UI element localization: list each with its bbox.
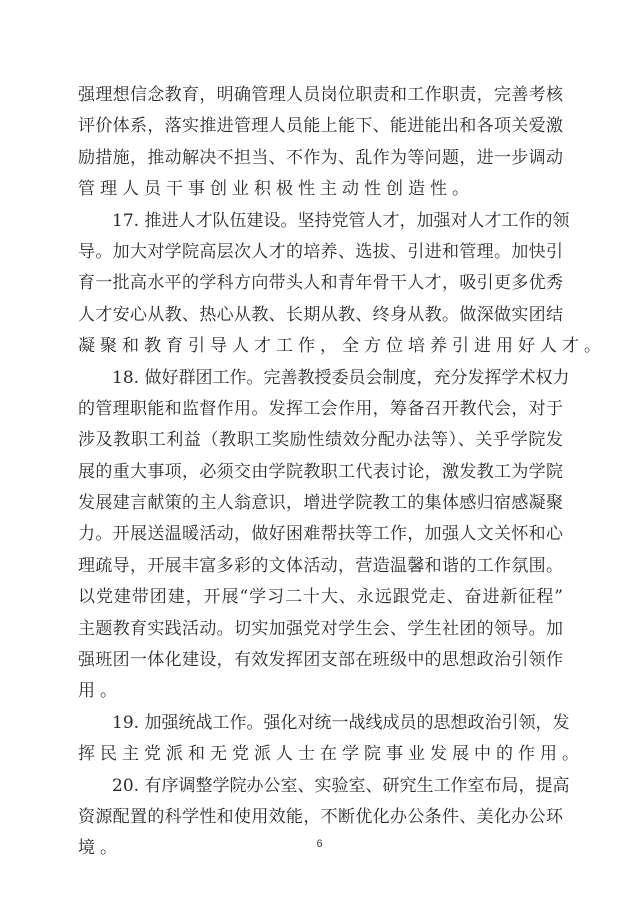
text-line: 强理想信念教育，明确管理人员岗位职责和工作职责，完善考核: [78, 80, 563, 111]
text-line: 评价体系，落实推进管理人员能上能下、能进能出和各项关爱激: [78, 111, 563, 142]
text-line: 主题教育实践活动。切实加强党对学生会、学生社团的领导。加: [78, 614, 563, 645]
document-page: 强理想信念教育，明确管理人员岗位职责和工作职责，完善考核 评价体系，落实推进管理…: [0, 0, 639, 905]
paragraph-16-continuation: 强理想信念教育，明确管理人员岗位职责和工作职责，完善考核 评价体系，落实推进管理…: [78, 80, 563, 206]
text-line: 18. 做好群团工作。完善教授委员会制度，充分发挥学术权力: [78, 363, 563, 394]
text-line: 17. 推进人才队伍建设。坚持党管人才，加强对人才工作的领: [78, 206, 563, 237]
text-line: 育一批高水平的学科方向带头人和青年骨干人才，吸引更多优秀: [78, 268, 563, 299]
document-body: 强理想信念教育，明确管理人员岗位职责和工作职责，完善考核 评价体系，落实推进管理…: [78, 80, 563, 865]
text-line: 励措施，推动解决不担当、不作为、乱作为等问题，进一步调动: [78, 143, 563, 174]
text-line: 资源配置的科学性和使用效能，不断优化办公条件、美化办公环: [78, 802, 563, 833]
text-line: 人才安心从教、热心从教、长期从教、终身从教。做深做实团结: [78, 300, 563, 331]
text-line: 力。开展送温暖活动，做好困难帮扶等工作，加强人文关怀和心: [78, 519, 563, 550]
text-line: 管理人员干事创业积极性主动性创造性。: [78, 174, 563, 205]
text-line: 19. 加强统战工作。强化对统一战线成员的思想政治引领，发: [78, 708, 563, 739]
paragraph-19-united-front: 19. 加强统战工作。强化对统一战线成员的思想政治引领，发 挥民主党派和无党派人…: [78, 708, 563, 771]
text-line: 理疏导，开展丰富多彩的文体活动，营造温馨和谐的工作氛围。: [78, 551, 563, 582]
text-line: 挥民主党派和无党派人士在学院事业发展中的作用。: [78, 739, 563, 770]
text-line: 20. 有序调整学院办公室、实验室、研究生工作室布局，提高: [78, 771, 563, 802]
text-line: 发展建言献策的主人翁意识，增进学院教工的集体感归宿感凝聚: [78, 488, 563, 519]
paragraph-20-office-layout: 20. 有序调整学院办公室、实验室、研究生工作室布局，提高 资源配置的科学性和使…: [78, 771, 563, 865]
text-line: 以党建带团建，开展“学习二十大、永远跟党走、奋进新征程”: [78, 582, 563, 613]
text-line: 强班团一体化建设，有效发挥团支部在班级中的思想政治引领作: [78, 645, 563, 676]
text-line: 的管理职能和监督作用。发挥工会作用，筹备召开教代会，对于: [78, 394, 563, 425]
page-number: 6: [0, 838, 639, 850]
text-line: 凝聚和教育引导人才工作，全方位培养引进用好人才。: [78, 331, 563, 362]
text-line: 涉及教职工利益（教职工奖励性绩效分配办法等）、关乎学院发: [78, 425, 563, 456]
paragraph-17-talent-team: 17. 推进人才队伍建设。坚持党管人才，加强对人才工作的领 导。加大对学院高层次…: [78, 206, 563, 363]
text-line: 展的重大事项，必须交由学院教职工代表讨论，激发教工为学院: [78, 457, 563, 488]
text-line: 用。: [78, 676, 563, 707]
paragraph-18-mass-organizations: 18. 做好群团工作。完善教授委员会制度，充分发挥学术权力 的管理职能和监督作用…: [78, 363, 563, 708]
text-line: 导。加大对学院高层次人才的培养、选拔、引进和管理。加快引: [78, 237, 563, 268]
